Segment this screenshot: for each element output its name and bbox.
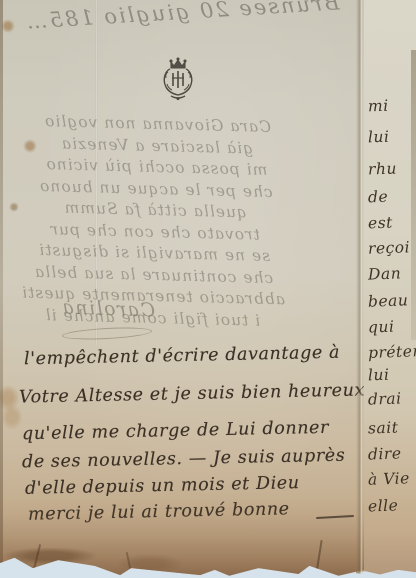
bleed-through-dateline: Brunsee 20 giuglio 185… bbox=[14, 0, 351, 34]
letter-text-line: de ses nouvelles. — Je suis auprès bbox=[22, 446, 346, 473]
letter-text-line: Votre Altesse et je suis bien heureux bbox=[19, 380, 365, 407]
fragment-word: elle bbox=[368, 496, 399, 515]
fragment-word: est bbox=[368, 214, 393, 233]
letter-text-line: l'empêchent d'écrire davantage à bbox=[24, 343, 340, 370]
fragment-word: reçoi bbox=[368, 238, 411, 257]
fragment-word: lui bbox=[368, 128, 390, 147]
fragment-word: rhu bbox=[368, 160, 397, 179]
fragment-word: qui bbox=[368, 318, 395, 337]
letter-photo: mi lui rhu de est reçoi Dan beau qui pré… bbox=[0, 0, 416, 578]
fragment-word: Dan bbox=[368, 264, 402, 283]
fragment-word: beau bbox=[368, 291, 409, 310]
fragment-word: dire bbox=[368, 444, 402, 463]
fragment-word: à Vie bbox=[368, 469, 410, 488]
page-edge-boundary bbox=[356, 0, 363, 574]
fragment-word: préten bbox=[368, 342, 416, 362]
letter-text-line: qu'elle me charge de Lui donner bbox=[22, 418, 329, 444]
fragment-word: drai bbox=[368, 389, 402, 408]
bleed-through-signature: Carolina bbox=[58, 296, 159, 321]
fragment-word: sait bbox=[368, 418, 399, 437]
second-page-edge: mi lui rhu de est reçoi Dan beau qui pré… bbox=[356, 0, 416, 578]
fragment-word: lui bbox=[368, 366, 390, 385]
crowned-monogram-crest-icon bbox=[159, 56, 197, 106]
fragment-word: de bbox=[368, 188, 389, 207]
letter-page: Brunsee 20 giuglio 185… Cara Giovanna no… bbox=[0, 0, 364, 578]
letter-text-line: d'elle depuis un mois et Dieu bbox=[25, 473, 300, 499]
page-fold-shadow bbox=[411, 50, 416, 340]
fragment-word: mi bbox=[368, 97, 389, 116]
bottom-stain-band bbox=[0, 498, 364, 578]
signature-flourish bbox=[62, 326, 152, 342]
